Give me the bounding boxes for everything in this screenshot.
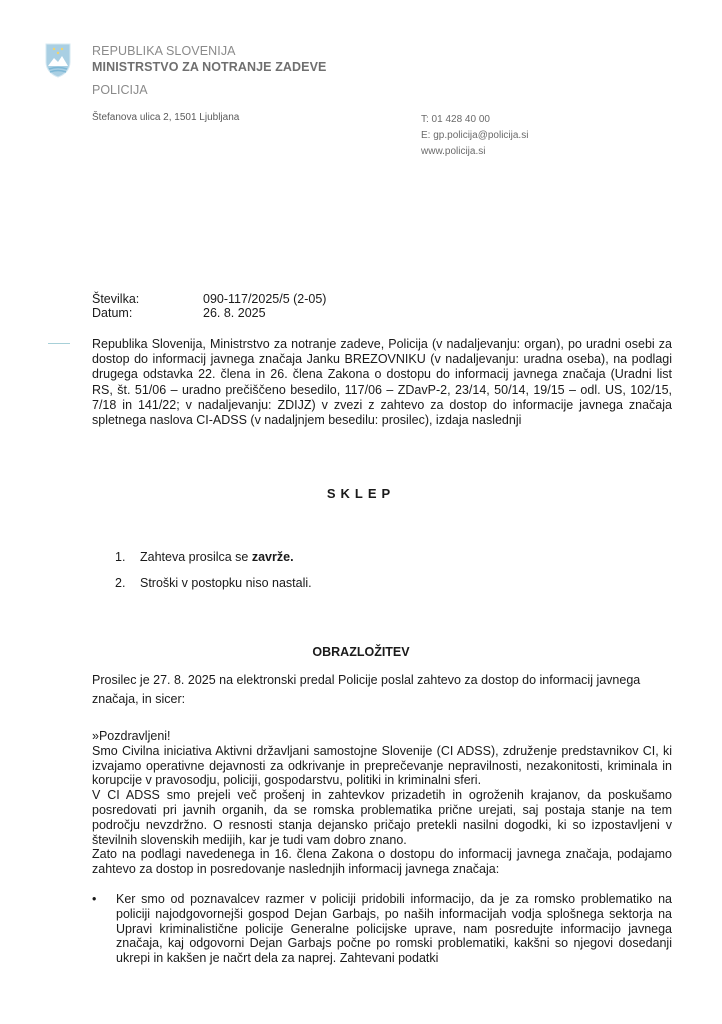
letterhead-ministry: MINISTRSTVO ZA NOTRANJE ZADEVE xyxy=(92,60,327,74)
intro-paragraph: Republika Slovenija, Ministrstvo za notr… xyxy=(92,337,672,428)
letterhead-police: POLICIJA xyxy=(92,83,148,97)
date-label: Datum: xyxy=(92,306,203,320)
request-intro: Prosilec je 27. 8. 2025 na elektronski p… xyxy=(92,671,652,709)
quote-bullet: • Ker smo od poznavalcev razmer v polici… xyxy=(92,892,672,966)
bullet-icon: • xyxy=(92,892,96,907)
coat-of-arms-icon xyxy=(44,42,72,78)
contact-email[interactable]: E: gp.policija@policija.si xyxy=(421,128,528,144)
obrazlozitev-heading: OBRAZLOŽITEV xyxy=(0,645,722,659)
contact-phone: T: 01 428 40 00 xyxy=(421,112,528,128)
quote-paragraph: Smo Civilna iniciativa Aktivni državljan… xyxy=(92,744,672,788)
sklep-heading: SKLEP xyxy=(0,486,722,501)
document-meta: Številka:090-117/2025/5 (2-05) Datum:26.… xyxy=(92,292,326,320)
number-value: 090-117/2025/5 (2-05) xyxy=(203,292,326,306)
quote-paragraph: Zato na podlagi navedenega in 16. člena … xyxy=(92,847,672,877)
date-value: 26. 8. 2025 xyxy=(203,306,266,320)
decision-item: 2.Stroški v postopku niso nastali. xyxy=(115,576,312,602)
decision-list: 1.Zahteva prosilca se zavrže. 2.Stroški … xyxy=(115,550,312,602)
letterhead-address: Štefanova ulica 2, 1501 Ljubljana xyxy=(92,112,239,123)
margin-marker xyxy=(48,343,70,344)
letterhead-republic: REPUBLIKA SLOVENIJA xyxy=(92,44,236,58)
decision-item: 1.Zahteva prosilca se zavrže. xyxy=(115,550,312,576)
contact-web[interactable]: www.policija.si xyxy=(421,144,528,160)
quote-paragraph: V CI ADSS smo prejeli več prošenj in zah… xyxy=(92,788,672,847)
letterhead-contact: T: 01 428 40 00 E: gp.policija@policija.… xyxy=(421,112,528,160)
number-label: Številka: xyxy=(92,292,203,306)
quote-greeting: »Pozdravljeni! xyxy=(92,729,672,744)
quoted-request: »Pozdravljeni! Smo Civilna iniciativa Ak… xyxy=(92,729,672,877)
